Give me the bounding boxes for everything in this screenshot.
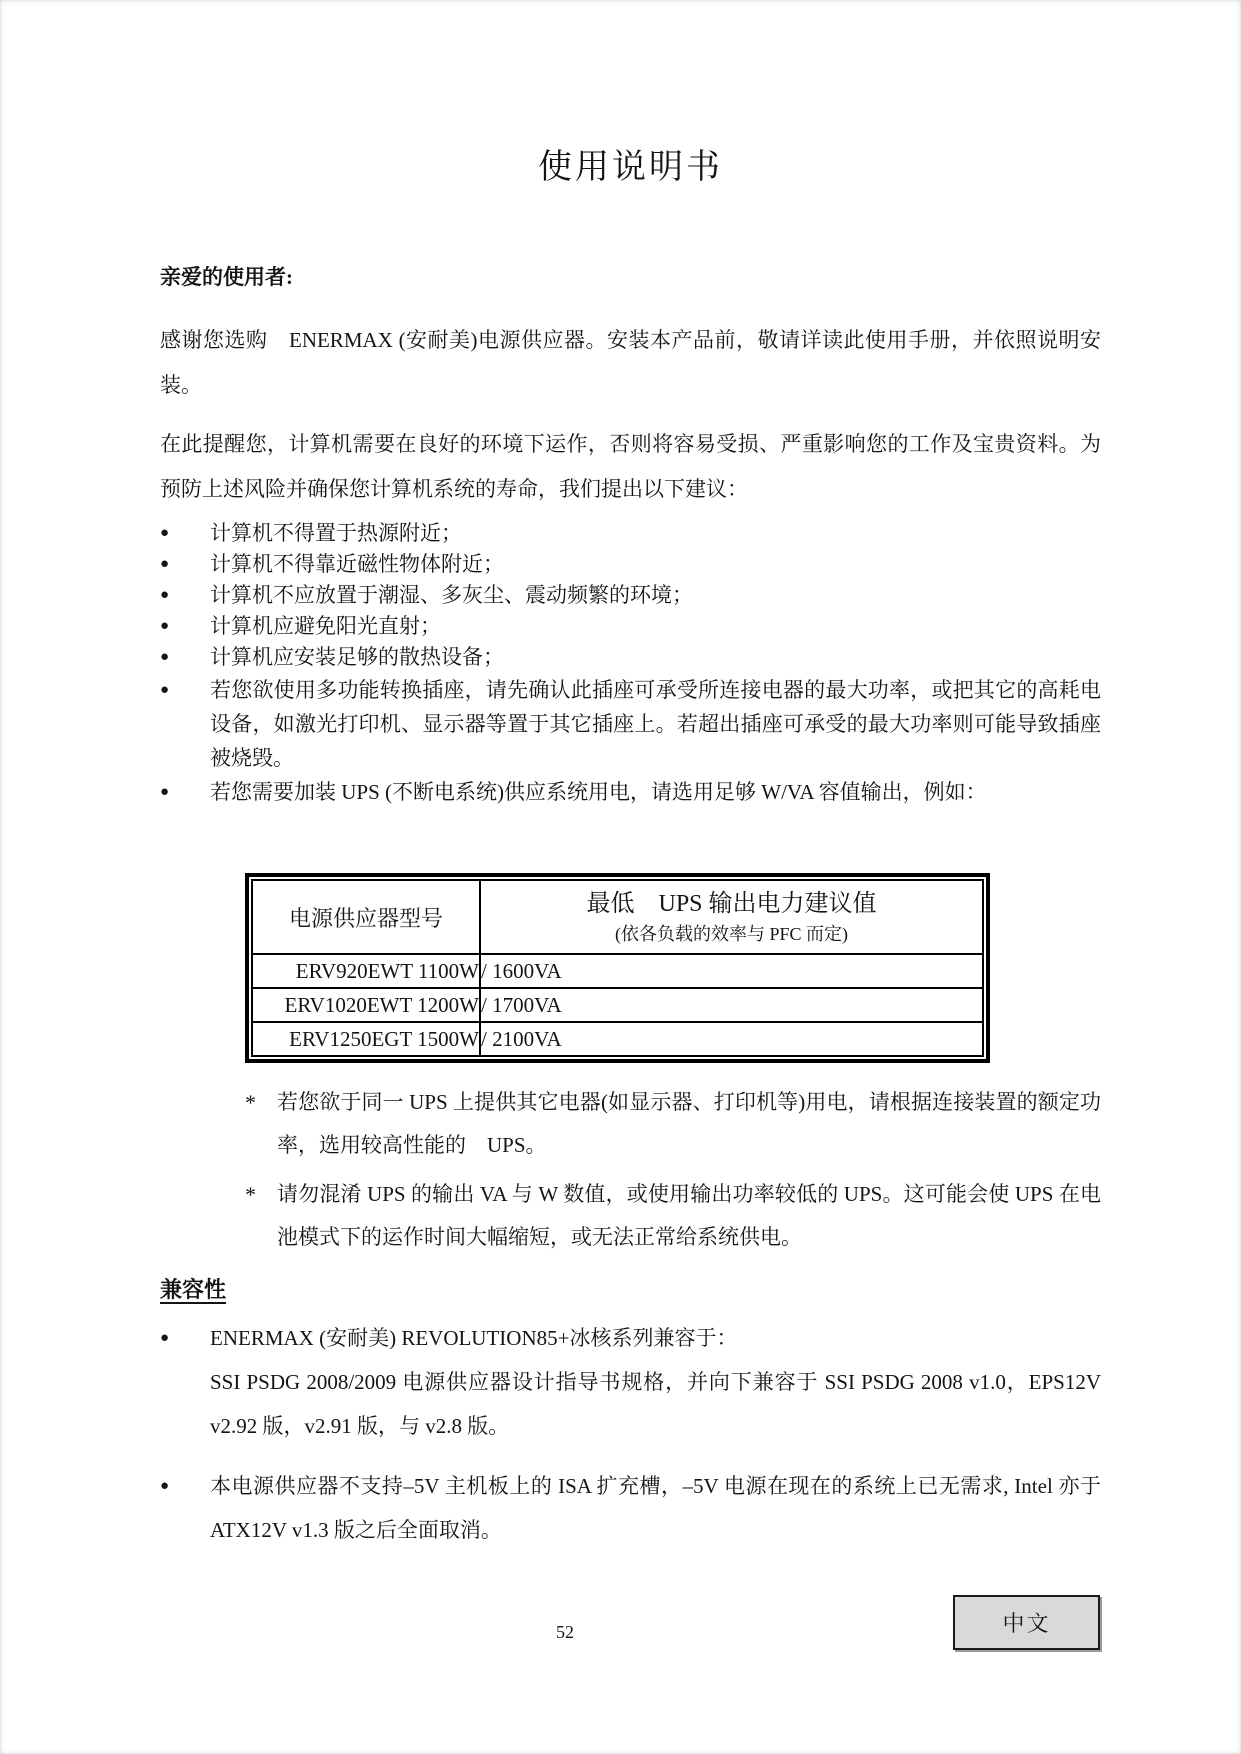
table-header-ups-line1: 最低 UPS 输出电力建议值 (481, 887, 982, 921)
footnote: * 请勿混淆 UPS 的输出 VA 与 W 数值，或使用输出功率较低的 UPS。… (245, 1173, 1101, 1259)
language-badge: 中文 (953, 1595, 1100, 1650)
list-item-text: 计算机不得置于热源附近； (210, 518, 1101, 549)
bullet-icon: ● (160, 673, 210, 707)
list-item-text: ENERMAX (安耐美) REVOLUTION85+冰核系列兼容于： SSI … (210, 1316, 1101, 1448)
manual-page: 使用说明书 亲爱的使用者: 感谢您选购 ENERMAX (安耐美)电源供应器。安… (0, 0, 1241, 1754)
list-item: ● ENERMAX (安耐美) REVOLUTION85+冰核系列兼容于： SS… (160, 1316, 1101, 1448)
table-row: ERV920EWT 1100W / 1600VA (252, 954, 983, 988)
table-row: ERV1020EWT 1200W / 1700VA (252, 988, 983, 1022)
bullet-icon: ● (160, 775, 210, 809)
list-item-text: 计算机不得靠近磁性物体附近； (210, 549, 1101, 580)
table-cell-model: ERV920EWT 1100W (252, 954, 480, 988)
asterisk-icon: * (245, 1173, 277, 1259)
asterisk-icon: * (245, 1081, 277, 1167)
list-item: ● 计算机不得靠近磁性物体附近； (160, 549, 1101, 580)
page-content: 使用说明书 亲爱的使用者: 感谢您选购 ENERMAX (安耐美)电源供应器。安… (0, 0, 1241, 1552)
table-cell-va: / 2100VA (480, 1022, 983, 1056)
list-item-text: 本电源供应器不支持–5V 主机板上的 ISA 扩充槽，–5V 电源在现在的系统上… (210, 1464, 1101, 1552)
reminder-paragraph: 在此提醒您，计算机需要在良好的环境下运作，否则将容易受损、严重影响您的工作及宝贵… (160, 422, 1101, 512)
list-item: ● 若您需要加装 UPS (不断电系统)供应系统用电，请选用足够 W/VA 容值… (160, 775, 1101, 809)
compat-line: SSI PSDG 2008/2009 电源供应器设计指导书规格，并向下兼容于 S… (210, 1360, 1101, 1448)
footnote: * 若您欲于同一 UPS 上提供其它电器(如显示器、打印机等)用电，请根据连接装… (245, 1081, 1101, 1167)
ups-table: 电源供应器型号 最低 UPS 输出电力建议值 (依各负载的效率与 PFC 而定)… (245, 873, 990, 1063)
advice-list: ● 计算机不得置于热源附近； ● 计算机不得靠近磁性物体附近； ● 计算机不应放… (160, 518, 1101, 809)
list-item-text: 计算机应安装足够的散热设备； (210, 642, 1101, 673)
table-row: ERV1250EGT 1500W / 2100VA (252, 1022, 983, 1056)
list-item: ● 计算机应避免阳光直射； (160, 611, 1101, 642)
compat-line: 本电源供应器不支持–5V 主机板上的 ISA 扩充槽，–5V 电源在现在的系统上… (210, 1464, 1101, 1552)
bullet-icon: ● (160, 611, 210, 642)
compat-line: ENERMAX (安耐美) REVOLUTION85+冰核系列兼容于： (210, 1316, 1101, 1360)
bullet-icon: ● (160, 580, 210, 611)
footnote-text: 请勿混淆 UPS 的输出 VA 与 W 数值，或使用输出功率较低的 UPS。这可… (277, 1173, 1101, 1259)
list-item: ● 计算机不应放置于潮湿、多灰尘、震动频繁的环境； (160, 580, 1101, 611)
list-item-text: 计算机不应放置于潮湿、多灰尘、震动频繁的环境； (210, 580, 1101, 611)
bullet-icon: ● (160, 642, 210, 673)
bullet-icon: ● (160, 1316, 210, 1360)
list-item-text: 若您需要加装 UPS (不断电系统)供应系统用电，请选用足够 W/VA 容值输出… (210, 775, 1101, 809)
compatibility-section: 兼容性 ● ENERMAX (安耐美) REVOLUTION85+冰核系列兼容于… (160, 1273, 1101, 1552)
bullet-icon: ● (160, 518, 210, 549)
table-cell-va: / 1700VA (480, 988, 983, 1022)
bullet-icon: ● (160, 1464, 210, 1508)
list-item: ● 本电源供应器不支持–5V 主机板上的 ISA 扩充槽，–5V 电源在现在的系… (160, 1464, 1101, 1552)
salutation: 亲爱的使用者: (160, 262, 1101, 292)
list-item: ● 若您欲使用多功能转换插座，请先确认此插座可承受所连接电器的最大功率，或把其它… (160, 673, 1101, 775)
list-item-text: 若您欲使用多功能转换插座，请先确认此插座可承受所连接电器的最大功率，或把其它的高… (210, 673, 1101, 775)
compatibility-heading: 兼容性 (160, 1273, 1101, 1304)
table-header-row: 电源供应器型号 最低 UPS 输出电力建议值 (依各负载的效率与 PFC 而定) (252, 880, 983, 954)
page-title: 使用说明书 (160, 146, 1101, 190)
table-header-ups-line2: (依各负载的效率与 PFC 而定) (481, 921, 982, 947)
bullet-icon: ● (160, 549, 210, 580)
list-item: ● 计算机不得置于热源附近； (160, 518, 1101, 549)
table-cell-va: / 1600VA (480, 954, 983, 988)
list-item-text: 计算机应避免阳光直射； (210, 611, 1101, 642)
table-header-model: 电源供应器型号 (252, 880, 480, 954)
table-cell-model: ERV1250EGT 1500W (252, 1022, 480, 1056)
table-cell-model: ERV1020EWT 1200W (252, 988, 480, 1022)
footnote-text: 若您欲于同一 UPS 上提供其它电器(如显示器、打印机等)用电，请根据连接装置的… (277, 1081, 1101, 1167)
page-number: 52 (535, 1622, 595, 1643)
table-header-ups: 最低 UPS 输出电力建议值 (依各负载的效率与 PFC 而定) (480, 880, 983, 954)
intro-paragraph: 感谢您选购 ENERMAX (安耐美)电源供应器。安装本产品前，敬请详读此使用手… (160, 318, 1101, 408)
footnotes: * 若您欲于同一 UPS 上提供其它电器(如显示器、打印机等)用电，请根据连接装… (245, 1081, 1101, 1259)
list-item: ● 计算机应安装足够的散热设备； (160, 642, 1101, 673)
